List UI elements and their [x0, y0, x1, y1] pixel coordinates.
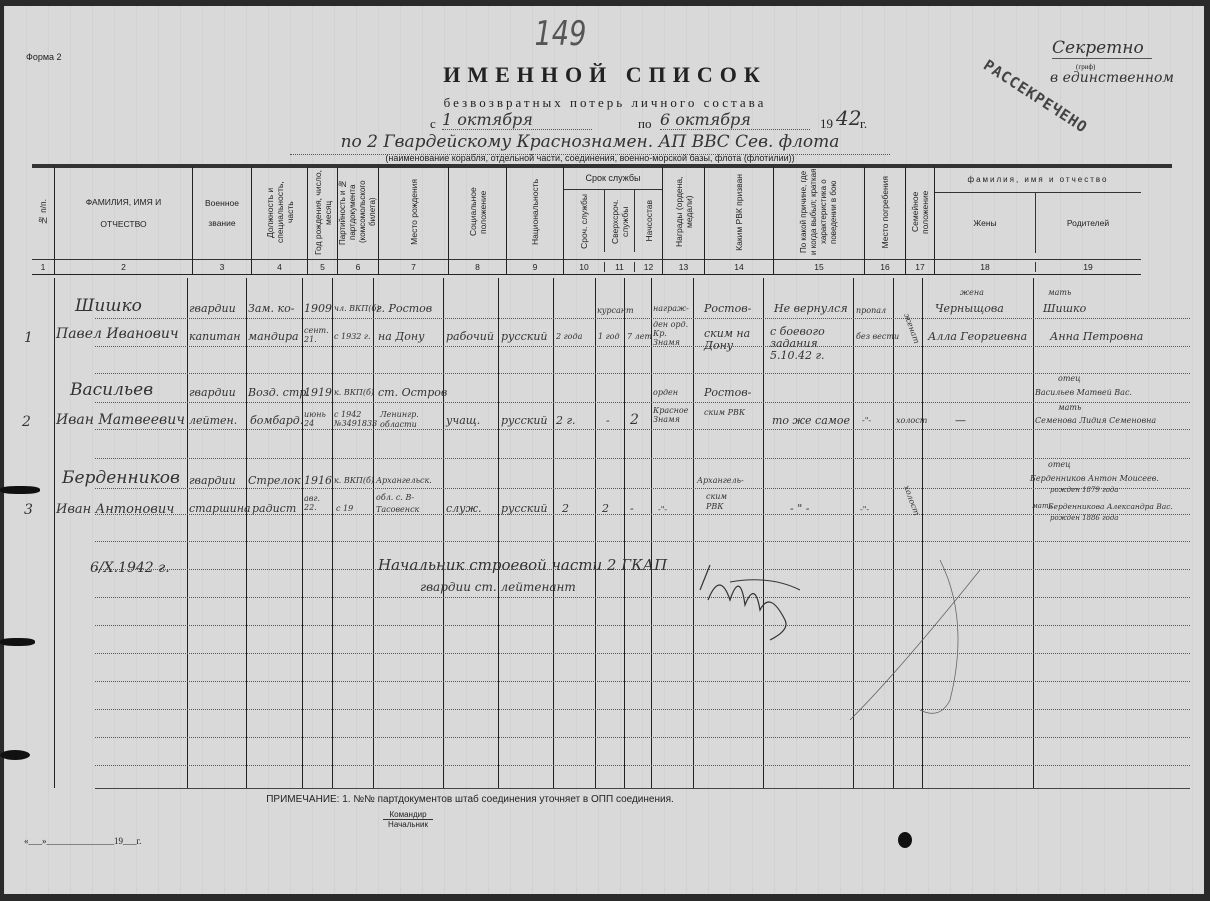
birthplace: на Дону	[378, 330, 425, 343]
service-term: 2	[562, 502, 569, 515]
col-divider	[187, 278, 188, 788]
parent-label: мать	[1048, 288, 1071, 297]
party: с 1942 №3491833	[334, 410, 374, 428]
period-from: 1 октября	[442, 110, 592, 130]
col-num-1: 1	[32, 260, 55, 275]
header-col-18: Жены	[935, 193, 1035, 253]
given-names: Павел Иванович	[56, 326, 179, 342]
unit-name: по 2 Гвардейскому Краснознамен. АП ВВС С…	[290, 132, 890, 155]
row-line	[95, 737, 1190, 738]
period-year-prefix: 19	[820, 116, 833, 132]
parent-name: Берденникова Александра Вас.	[1048, 502, 1173, 511]
table-bottom	[95, 788, 1190, 789]
surname: Берденников	[62, 468, 180, 488]
parent-label: отец	[1048, 460, 1071, 469]
signature-title: Начальник строевой части 2 ГКАП	[378, 556, 667, 574]
position: Зам. ко-	[248, 302, 294, 315]
birth-date: июнь 24	[304, 410, 332, 428]
ink-blot	[898, 832, 912, 848]
header-col-17: Семейное положение	[906, 167, 935, 260]
row-number: 3	[24, 502, 33, 518]
birth-date: сент. 21.	[304, 326, 332, 344]
draft-office: Ростов-	[704, 386, 751, 399]
birthplace: обл. с. В-Тасовенск	[376, 492, 442, 516]
col-num-17: 17	[906, 260, 935, 275]
period-to: 6 октября	[660, 110, 810, 130]
chief-label: Начальник	[383, 820, 433, 829]
footnote: ПРИМЕЧАНИЕ: 1. №№ партдокументов штаб со…	[0, 794, 940, 805]
col-num-13: 13	[663, 260, 705, 275]
col-num-10-12: 101112	[564, 260, 663, 275]
party: к. ВКП(б)	[334, 476, 374, 485]
col-divider	[373, 278, 374, 788]
col-num-4: 4	[252, 260, 308, 275]
date-line: «___»_______________19___г.	[24, 836, 141, 846]
header-col-13: Награды (ордена, медали)	[663, 167, 705, 260]
position: бомбард.	[250, 414, 303, 427]
col-num-16: 16	[865, 260, 906, 275]
draft-office: ским РВК	[704, 408, 754, 418]
nationality: русский	[501, 414, 547, 427]
period-from-prefix: с	[430, 116, 436, 132]
col-num-9: 9	[507, 260, 564, 275]
period-year: 42	[836, 106, 861, 130]
birth-date: 1919	[304, 386, 332, 399]
social-status: служ.	[446, 502, 482, 515]
given-names: Иван Матвеевич	[56, 412, 185, 428]
header-col-7: Место рождения	[379, 167, 449, 260]
rank: гвардии	[189, 474, 236, 487]
paper-tear	[0, 750, 30, 760]
awards: награж-	[653, 304, 689, 313]
row-line	[95, 402, 1190, 403]
classification-copy: в единственном	[1050, 70, 1174, 86]
officer-service: 7 лет	[627, 332, 652, 341]
draft-office: ским на Дону	[704, 328, 762, 352]
signature-rank: гвардии ст. лейтенант	[420, 580, 576, 594]
header-col-6: Партийность и № партдокумента (комсомоль…	[338, 167, 379, 260]
row-line	[95, 709, 1190, 710]
report-date: 6/X.1942 г.	[90, 560, 170, 576]
extended-service: -	[606, 414, 610, 427]
col-divider	[302, 278, 303, 788]
social-status: рабочий	[446, 330, 494, 343]
row-line	[95, 488, 1190, 489]
row-line	[95, 458, 1190, 459]
signature-scribble-icon	[690, 560, 810, 660]
loss-reason: Не вернулся	[774, 302, 848, 315]
given-names: Иван Антонович	[56, 502, 174, 517]
position: Возд. стр.	[248, 386, 310, 399]
marital-status: холост	[896, 416, 927, 425]
surname: Шишко	[75, 296, 142, 316]
awards: ден орд. Кр. Знамя	[653, 320, 693, 347]
draft-office: Ростов-	[704, 302, 751, 315]
header-col-4: Должность и специальность, часть	[252, 167, 308, 260]
form-label: Форма 2	[26, 52, 62, 62]
burial-place: -"-	[860, 505, 869, 514]
period-year-suffix: г.	[860, 116, 867, 132]
birth-date: 1916	[304, 474, 332, 487]
extended-service: 1 год	[598, 332, 620, 341]
header-col-19: Родителей	[1035, 193, 1140, 253]
loss-reason: с боевого задания 5.10.42 г.	[770, 326, 852, 362]
extended-service: 2	[602, 502, 609, 515]
row-line	[95, 318, 1190, 319]
parent-name: Анна Петровна	[1050, 330, 1143, 343]
parent-name: Берденников Антон Моисеев.	[1030, 474, 1159, 483]
rank: старшина	[189, 502, 251, 515]
wife-name: Черныщова	[935, 302, 1004, 315]
col-divider	[443, 278, 444, 788]
parent-birth: рожден 1886 года	[1050, 514, 1118, 522]
rank: гвардии	[189, 302, 236, 315]
party: с 1932 г.	[334, 332, 371, 341]
header-col-5: Год рождения, число, месяц	[308, 167, 338, 260]
party: к. ВКП(б)	[334, 388, 374, 397]
extended-service: курсант	[597, 306, 634, 315]
col-num-5: 5	[308, 260, 338, 275]
rank: гвардии	[189, 386, 236, 399]
col-num-15: 15	[774, 260, 865, 275]
nationality: русский	[501, 502, 547, 515]
surname: Васильев	[70, 380, 153, 400]
row-line	[95, 373, 1190, 374]
burial-place: пропал	[856, 306, 886, 315]
header-col-8: Социальное положение	[449, 167, 507, 260]
unit-caption: (наименование корабля, отдельной части, …	[290, 153, 890, 163]
party: с 19	[336, 504, 353, 513]
party: чл. ВКП(б)	[334, 304, 379, 313]
birthplace: ст. Остров	[378, 386, 447, 399]
header-family-names: фамилия, имя и отчество Жены Родителей	[935, 167, 1142, 260]
parent-label: отец	[1058, 374, 1081, 383]
signatory-title: Командир Начальник	[383, 810, 433, 829]
position: радист	[252, 502, 296, 515]
col-divider	[498, 278, 499, 788]
header-col-11: Сверхсроч. службы	[604, 190, 634, 252]
birthplace: Ленингр. области	[380, 410, 440, 430]
awards: орден	[653, 388, 678, 397]
col-divider	[624, 278, 625, 788]
col-num-7: 7	[379, 260, 449, 275]
row-line	[95, 597, 1190, 598]
wife-name: —	[955, 414, 966, 427]
commander-label: Командир	[383, 810, 433, 820]
cross-out-mark-icon	[840, 560, 1000, 730]
birthplace: Архангельск.	[376, 476, 432, 485]
col-divider	[651, 278, 652, 788]
nationality: русский	[501, 330, 547, 343]
paper-tear	[0, 486, 40, 494]
row-line	[95, 625, 1190, 626]
col-divider	[763, 278, 764, 788]
wife-name: Алла Георгиевна	[928, 330, 1027, 343]
row-line	[95, 681, 1190, 682]
awards: -"-	[658, 505, 667, 514]
burial-place: -"-	[862, 416, 871, 425]
parent-name: Шишко	[1043, 302, 1086, 315]
row-line	[95, 541, 1190, 542]
header-col-10: Сроч. службы	[564, 190, 604, 252]
col-num-14: 14	[705, 260, 774, 275]
col-divider	[54, 278, 55, 788]
col-num-6: 6	[338, 260, 379, 275]
period-line: с 1 октября по 6 октября 19 42 г.	[290, 112, 910, 134]
birth-date: 1909	[304, 302, 332, 315]
header-col-12: Начсостав	[634, 190, 662, 252]
loss-reason: - " -	[790, 502, 810, 515]
birth-date: авг. 22.	[304, 494, 332, 512]
position: мандира	[248, 330, 299, 343]
burial-place: без вести	[856, 332, 899, 341]
service-term: 2 г.	[556, 414, 576, 427]
service-term: 2 года	[556, 332, 582, 341]
col-divider	[246, 278, 247, 788]
row-line	[95, 429, 1190, 430]
paper-tear	[0, 638, 35, 646]
social-status: учащ.	[446, 414, 480, 427]
parent-name: Васильев Матвей Вас.	[1035, 388, 1132, 397]
row-line	[95, 765, 1190, 766]
header-col-3: Военное звание	[193, 167, 252, 260]
birthplace: г. Ростов	[376, 302, 432, 315]
col-divider	[595, 278, 596, 788]
page-number: 149	[534, 14, 586, 54]
col-divider	[553, 278, 554, 788]
header-col-14: Каким РВК призван	[705, 167, 774, 260]
loss-reason: то же самое	[772, 414, 850, 427]
rank: капитан	[189, 330, 241, 343]
col-divider	[1033, 278, 1034, 788]
draft-office: ским РВК	[706, 492, 746, 512]
row-line	[95, 346, 1190, 347]
officer-service: 2	[630, 412, 639, 428]
header-col-1: № п/п.	[32, 167, 55, 260]
parent-birth: рожден 1879 года	[1050, 486, 1118, 494]
classification-mark: Секретно	[1052, 38, 1152, 59]
header-col-15: По какой причине, где и когда выбыл; кра…	[774, 167, 865, 260]
wife-label: жена	[960, 288, 984, 297]
col-num-8: 8	[449, 260, 507, 275]
parent-name: Семенова Лидия Семеновна	[1035, 416, 1156, 425]
header-col-9: Национальность	[507, 167, 564, 260]
col-divider	[332, 278, 333, 788]
row-line	[95, 653, 1190, 654]
position: Стрелок	[248, 474, 301, 487]
awards: Красное Знамя	[653, 406, 693, 424]
header-service-term: Срок службы Сроч. службы Сверхсроч. служ…	[564, 167, 663, 260]
col-num-3: 3	[193, 260, 252, 275]
losses-table-header: № п/п. ФАМИЛИЯ, ИМЯ И ОТЧЕСТВО Военное з…	[32, 167, 1141, 275]
col-divider	[693, 278, 694, 788]
draft-office: Архангель-	[697, 476, 744, 485]
row-number: 1	[24, 330, 33, 346]
header-col-16: Место погребения	[865, 167, 906, 260]
row-number: 2	[22, 414, 31, 430]
header-col-2: ФАМИЛИЯ, ИМЯ И ОТЧЕСТВО	[55, 167, 193, 260]
parent-label: мать	[1058, 403, 1081, 412]
col-num-18-19: 1819	[935, 260, 1142, 275]
officer-service: -	[630, 502, 634, 515]
rank: лейтен.	[189, 414, 237, 427]
col-num-2: 2	[55, 260, 193, 275]
period-to-prefix: по	[638, 116, 651, 132]
